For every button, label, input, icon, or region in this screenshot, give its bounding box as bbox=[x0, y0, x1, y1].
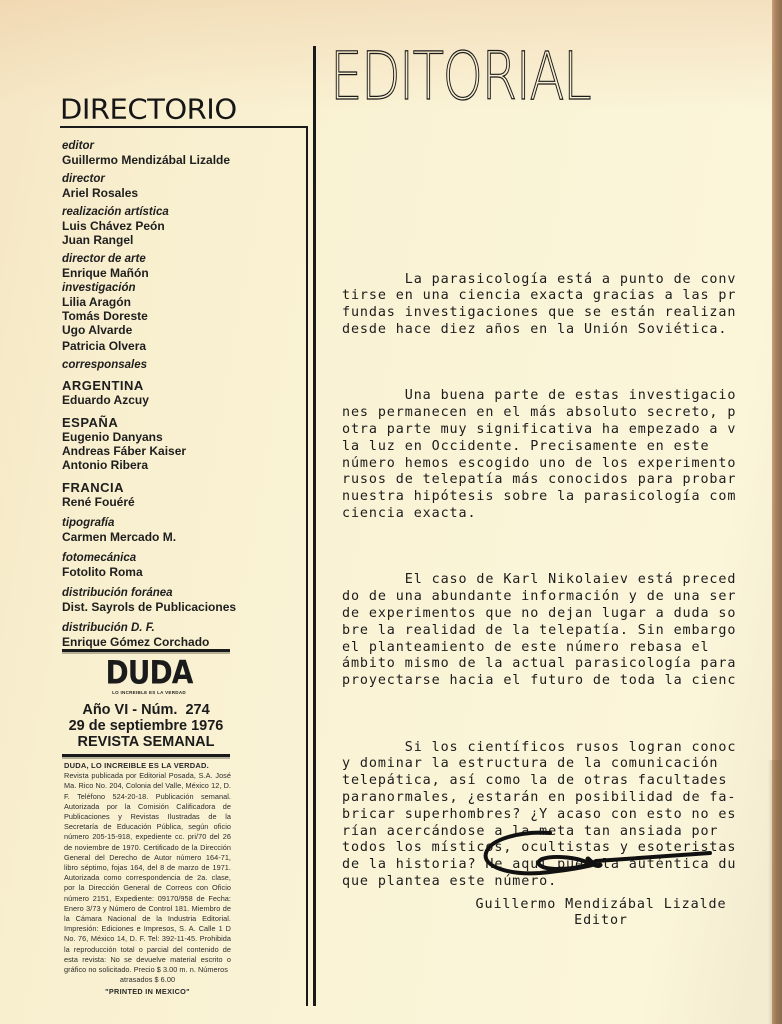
correspondents-label: corresponsales bbox=[62, 359, 302, 372]
correspondent-country: FRANCIA bbox=[62, 480, 302, 495]
credit-name: Luis Chávez Peón bbox=[62, 219, 302, 233]
signature-title: Editor bbox=[456, 913, 746, 929]
credit-df-distribution: distribución D. F. Enrique Gómez Corchad… bbox=[62, 622, 302, 649]
credit-role: distribución foránea bbox=[62, 587, 302, 600]
credit-name: Ugo Alvarde bbox=[62, 323, 302, 337]
directory-list: editor Guillermo Mendizábal Lizalde dire… bbox=[62, 140, 302, 655]
credit-name: René Fouéré bbox=[62, 495, 302, 509]
correspondent-argentina: ARGENTINA Eduardo Azcuy bbox=[62, 378, 302, 407]
credit-role: editor bbox=[62, 140, 302, 153]
credit-role: tipografía bbox=[62, 517, 302, 530]
credit-typography: tipografía Carmen Mercado M. bbox=[62, 517, 302, 544]
issue-date: 29 de septiembre 1976 bbox=[62, 718, 230, 734]
issue-frequency: REVISTA SEMANAL bbox=[62, 734, 230, 750]
credit-name: Patricia Olvera bbox=[62, 339, 302, 353]
credit-name: Tomás Doreste bbox=[62, 309, 302, 323]
credit-foreign-distribution: distribución foránea Dist. Sayrols de Pu… bbox=[62, 587, 302, 614]
column-divider bbox=[313, 46, 316, 1006]
issue-number: Año VI - Núm. 274 bbox=[62, 702, 230, 718]
issue-info: Año VI - Núm. 274 29 de septiembre 1976 … bbox=[62, 702, 230, 750]
directory-top-rule bbox=[60, 126, 308, 128]
credit-role: fotomecánica bbox=[62, 552, 302, 565]
editorial-paragraph: Una buena parte de estas investigacio ne… bbox=[342, 388, 782, 522]
credit-name: Antonio Ribera bbox=[62, 458, 302, 472]
correspondent-country: ESPAÑA bbox=[62, 415, 302, 430]
credit-role: director bbox=[62, 173, 302, 186]
editorial-title: EDITORIAL bbox=[330, 44, 590, 110]
credit-director: director Ariel Rosales bbox=[62, 173, 302, 200]
credit-editor: editor Guillermo Mendizábal Lizalde bbox=[62, 140, 302, 167]
credit-name: Eduardo Azcuy bbox=[62, 393, 302, 407]
correspondent-spain: ESPAÑA Eugenio Danyans Andreas Fáber Kai… bbox=[62, 415, 302, 472]
page-edge-shadow bbox=[768, 760, 782, 1024]
credit-name: Juan Rangel bbox=[62, 233, 302, 247]
credit-photomechanics: fotomecánica Fotolito Roma bbox=[62, 552, 302, 579]
credit-role: director de arte bbox=[62, 253, 302, 266]
credit-research: investigación Lilia Aragón Tomás Doreste… bbox=[62, 282, 302, 353]
correspondents-label-group: corresponsales bbox=[62, 359, 302, 372]
correspondent-country: ARGENTINA bbox=[62, 378, 302, 393]
credit-role: realización artística bbox=[62, 206, 302, 219]
credit-name: Andreas Fáber Kaiser bbox=[62, 444, 302, 458]
directory-title: DIRECTORIO bbox=[60, 93, 237, 125]
editorial-paragraph: La parasicología está a punto de conv ti… bbox=[342, 272, 782, 339]
credit-name: Carmen Mercado M. bbox=[62, 530, 302, 544]
credit-name: Guillermo Mendizábal Lizalde bbox=[62, 153, 302, 167]
logo-wordmark: DUDA bbox=[106, 656, 193, 691]
legal-notice: DUDA, LO INCREIBLE ES LA VERDAD. Revista… bbox=[64, 761, 231, 998]
credit-name: Enrique Gómez Corchado bbox=[62, 635, 302, 649]
directory-right-rule bbox=[306, 126, 308, 1006]
directory-bottom-rule bbox=[62, 649, 230, 652]
credit-name: Lilia Aragón bbox=[62, 295, 302, 309]
editorial-body: La parasicología está a punto de conv ti… bbox=[342, 238, 782, 923]
credit-art-director: director de arte Enrique Mañón bbox=[62, 253, 302, 280]
duda-logo: DUDA LO INCREIBLE ES LA VERDAD bbox=[104, 658, 194, 695]
credit-role: distribución D. F. bbox=[62, 622, 302, 635]
credit-name: Dist. Sayrols de Publicaciones bbox=[62, 600, 302, 614]
credit-name: Eugenio Danyans bbox=[62, 430, 302, 444]
signature-block: Guillermo Mendizábal Lizalde Editor bbox=[456, 897, 746, 929]
correspondent-france: FRANCIA René Fouéré bbox=[62, 480, 302, 509]
credit-name: Ariel Rosales bbox=[62, 186, 302, 200]
credit-name: Fotolito Roma bbox=[62, 565, 302, 579]
editorial-paragraph: El caso de Karl Nikolaiev está preced do… bbox=[342, 572, 782, 690]
credit-name: Enrique Mañón bbox=[62, 266, 302, 280]
signature-icon bbox=[480, 825, 720, 885]
legal-printed: "PRINTED IN MEXICO" bbox=[64, 987, 231, 997]
credit-role: investigación bbox=[62, 282, 302, 295]
legal-body: Revista publicada por Editorial Posada, … bbox=[64, 771, 231, 975]
legal-heading: DUDA, LO INCREIBLE ES LA VERDAD. bbox=[64, 761, 231, 771]
signature-name: Guillermo Mendizábal Lizalde bbox=[456, 897, 746, 913]
credit-art-production: realización artística Luis Chávez Peón J… bbox=[62, 206, 302, 247]
issue-rule bbox=[62, 754, 230, 757]
legal-back-issues: atrasados $ 6.00 bbox=[64, 975, 231, 985]
